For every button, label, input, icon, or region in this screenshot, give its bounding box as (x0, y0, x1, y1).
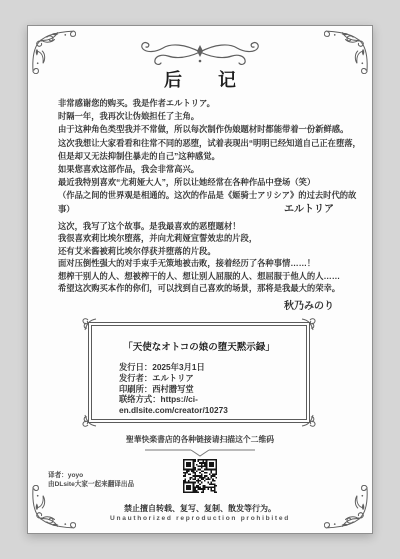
qr-section-label: 聖華快楽書店的各种链接请扫描这个二维码 (28, 434, 372, 445)
colophon-row-publish-date: 发行日：2025年3月1日 (119, 362, 306, 373)
body-line: 面对压倒性强大的对手束手无策地被击败，接着经历了各种事情……！ (58, 257, 364, 269)
body-line: 这次，我写了这个故事。是我最喜欢的恶堕题材！ (58, 220, 364, 232)
body-line: 还有艾米酱被莉比埃尔俘获并堕落的片段。 (58, 245, 364, 257)
body-line: 但是却又无法抑制住暴走的自己”这种感觉。 (58, 150, 364, 163)
colophon-row-contact-url: 联络方式：https://ci-en.dlsite.com/creator/10… (119, 394, 306, 416)
header-flourish-icon (134, 40, 266, 66)
colophon-row-printer: 印刷所：西村謄写堂 (119, 384, 306, 395)
artist-signature: 秋乃みのり (284, 297, 334, 312)
page-title: 后记 (28, 66, 372, 92)
body-line: 最近我特别喜欢“尤莉娅大人”，所以让她经常在各种作品中登场（笑） (58, 176, 364, 189)
book-title: 「天使なオトコの娘の堕天黙示録」 (92, 339, 306, 353)
body-line: 由于这种角色类型我并不常做，所以每次制作伪娘题材时都能带着一份新鲜感。 (58, 123, 364, 136)
body-line: 想榨干别人的人、想被榨干的人、想让别人屈服的人、想屈服于他人的人…… (58, 270, 364, 282)
translator-name: 译者：yoyo (48, 472, 134, 481)
chevron-down-divider-icon (144, 445, 256, 455)
afterword-page: 后记 非常感谢您的购买。我是作者エルトリア。 时隔一年，我再次让伪娘担任了主角。… (27, 25, 373, 534)
body-line: 这次我想让大家看看和往常不同的恶堕，试着表现出“明明已经知道自己正在堕落， (58, 137, 364, 150)
afterword-paragraph-2: 这次，我写了这个故事。是我最喜欢的恶堕题材！ 我很喜欢莉比埃尔堕落，并向尤莉娅宣… (58, 220, 364, 294)
body-line: 非常感谢您的购买。我是作者エルトリア。 (58, 97, 364, 110)
translator-credit: 译者：yoyo 由DLsite大家一起来翻译出品 (48, 472, 134, 490)
colophon-rows: 发行日：2025年3月1日 发行者：エルトリア 印刷所：西村謄写堂 联络方式：h… (92, 362, 306, 416)
colophon-inner-frame: 「天使なオトコの娘の堕天黙示録」 发行日：2025年3月1日 发行者：エルトリア… (91, 325, 307, 420)
colophon-row-publisher: 发行者：エルトリア (119, 373, 306, 384)
body-line: 时隔一年，我再次让伪娘担任了主角。 (58, 110, 364, 123)
colophon-box: 「天使なオトコの娘の堕天黙示録」 发行日：2025年3月1日 发行者：エルトリア… (88, 322, 310, 423)
body-line: 希望这次购买本作的你们，可以找到自己喜欢的场景，那将是我最大的荣幸。 (58, 282, 364, 294)
body-line: 如果您喜欢这部作品，我会非常高兴。 (58, 163, 364, 176)
reproduction-warning-zh: 禁止擅自转载、复写、复制、散发等行为。 (28, 503, 372, 514)
reproduction-warning-en: Unauthorized reproduction prohibited (28, 515, 372, 522)
qr-code (183, 459, 217, 493)
afterword-paragraph-1: 非常感谢您的购买。我是作者エルトリア。 时隔一年，我再次让伪娘担任了主角。 由于… (58, 97, 364, 216)
author-signature: エルトリア (284, 200, 334, 215)
body-line: 我很喜欢莉比埃尔堕落，并向尤莉娅宣誓效忠的片段， (58, 232, 364, 244)
translator-production: 由DLsite大家一起来翻译出品 (48, 481, 134, 490)
